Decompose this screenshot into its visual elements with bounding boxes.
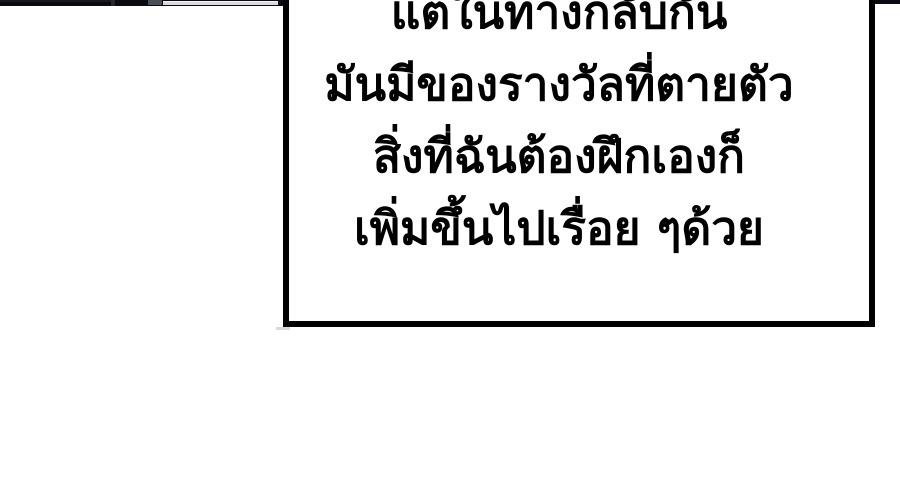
narration-line-1: แต่ในทางกลับกัน [269, 0, 849, 48]
border-antialias-smudge [276, 327, 290, 330]
top-panel-edge-left [0, 0, 287, 6]
narration-line-3: สิ่งที่ฉันต้องฝึกเองก็ [269, 120, 849, 192]
top-panel-edge-right [875, 0, 900, 4]
panel-edge-light-sliver [163, 1, 278, 5]
narration-line-2: มันมีของรางวัลที่ตายตัว [269, 48, 849, 120]
comic-page: แต่ในทางกลับกัน มันมีของรางวัลที่ตายตัว … [0, 0, 900, 499]
narration-box: แต่ในทางกลับกัน มันมีของรางวัลที่ตายตัว … [283, 0, 875, 327]
narration-line-4: เพิ่มขึ้นไปเรื่อย ๆด้วย [269, 192, 849, 264]
panel-edge-tint [0, 0, 112, 2]
panel-edge-gray-patch [148, 0, 162, 5]
narration-text: แต่ในทางกลับกัน มันมีของรางวัลที่ตายตัว … [269, 0, 849, 264]
panel-edge-divider [111, 0, 115, 6]
